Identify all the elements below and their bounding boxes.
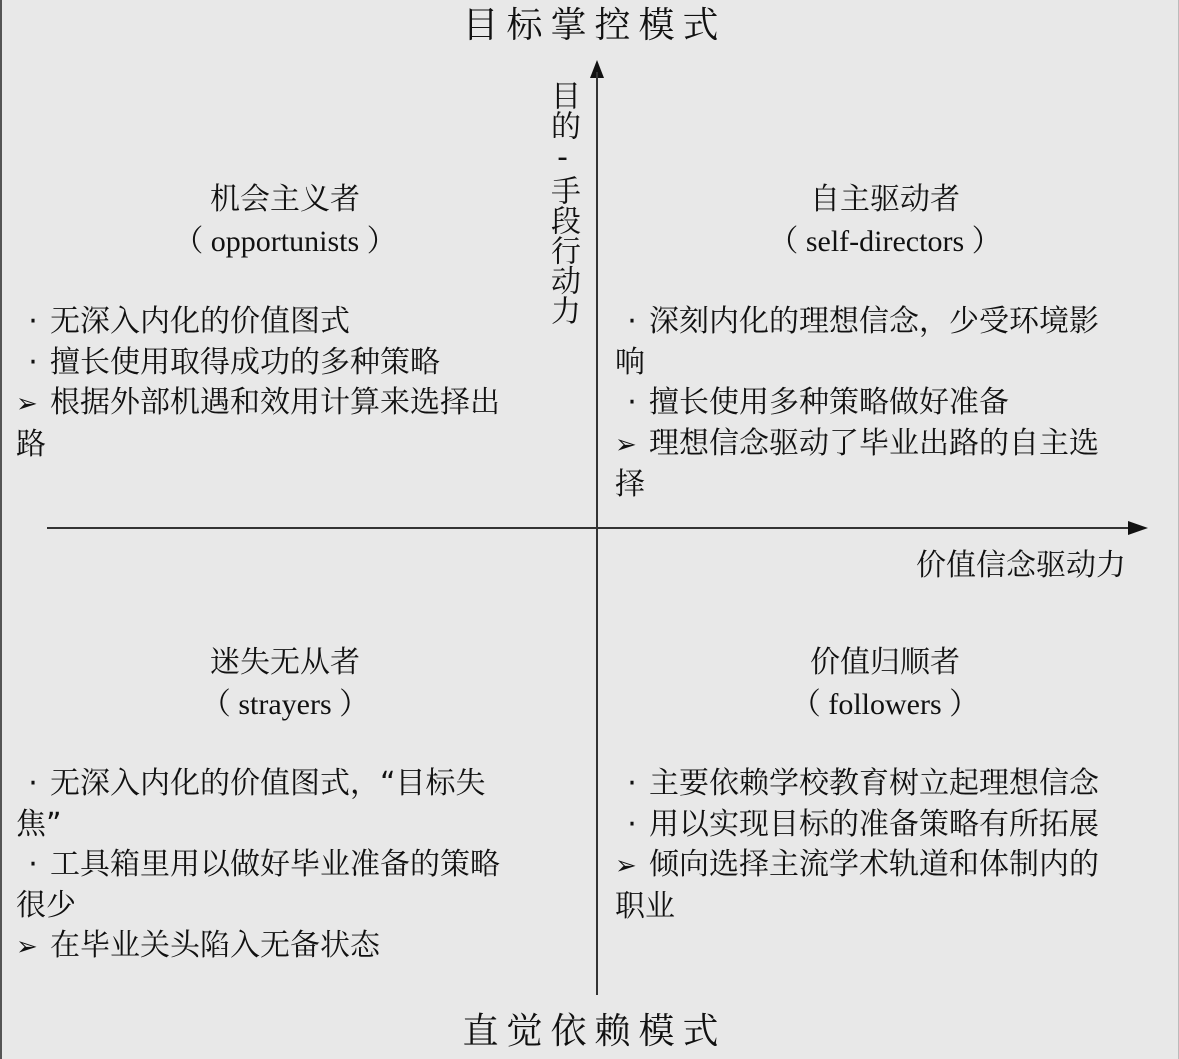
list-item-continuation: 路 — [16, 425, 500, 466]
list-item: ·擅长使用多种策略做好准备 — [615, 383, 1099, 424]
list-item: ·用以实现目标的准备策略有所拓展 — [615, 805, 1099, 846]
list-item: ·无深入内化的价值图式 — [16, 302, 500, 343]
list-item: ·擅长使用取得成功的多种策略 — [16, 343, 500, 384]
horizontal-axis-label: 价值信念驱动力 — [916, 546, 1126, 586]
list-item-continuation: 职业 — [615, 887, 1099, 928]
list-item-continuation: 焦” — [16, 805, 500, 846]
list-item-continuation: 择 — [615, 465, 1099, 506]
quadrant-body: ·无深入内化的价值图式 ·擅长使用取得成功的多种策略 ➢根据外部机遇和效用计算来… — [16, 302, 500, 465]
quadrant-title: 迷失无从者 — [185, 643, 385, 683]
bullet-icon: · — [615, 805, 649, 846]
quadrant-subtitle: （ self-directors ） — [735, 222, 1035, 262]
quadrant-title: 机会主义者 — [185, 180, 385, 220]
quadrant-body: ·无深入内化的价值图式，“目标失 焦” ·工具箱里用以做好毕业准备的策略 很少 … — [16, 764, 500, 968]
list-item: ·工具箱里用以做好毕业准备的策略 — [16, 845, 500, 886]
quadrant-subtitle: （ opportunists ） — [135, 222, 435, 262]
bullet-icon: · — [615, 302, 649, 343]
arrow-bullet-icon: ➢ — [16, 384, 50, 425]
horizontal-axis — [47, 527, 1132, 529]
quadrant-body: ·深刻内化的理想信念，少受环境影 响 ·擅长使用多种策略做好准备 ➢理想信念驱动… — [615, 302, 1099, 506]
list-item: ➢在毕业关头陷入无备状态 — [16, 926, 500, 968]
quadrant-body: ·主要依赖学校教育树立起理想信念 ·用以实现目标的准备策略有所拓展 ➢倾向选择主… — [615, 764, 1099, 927]
bottom-mode-label: 直觉依赖模式 — [5, 1010, 1179, 1054]
quadrant-subtitle: （ strayers ） — [135, 685, 435, 725]
list-item: ·主要依赖学校教育树立起理想信念 — [615, 764, 1099, 805]
vertical-axis — [596, 72, 598, 995]
bullet-icon: · — [16, 343, 50, 384]
arrow-bullet-icon: ➢ — [615, 425, 649, 466]
bullet-icon: · — [615, 383, 649, 424]
bullet-icon: · — [16, 845, 50, 886]
arrow-bullet-icon: ➢ — [16, 927, 50, 968]
quadrant-title: 自主驱动者 — [785, 180, 985, 220]
top-mode-label: 目标掌控模式 — [5, 4, 1179, 48]
list-item-continuation: 很少 — [16, 886, 500, 927]
left-border — [0, 0, 2, 1059]
bullet-icon: · — [16, 302, 50, 343]
quadrant-subtitle: （ followers ） — [735, 685, 1035, 725]
horizontal-axis-arrow-icon — [1128, 521, 1148, 535]
quadrant-title: 价值归顺者 — [785, 643, 985, 683]
bullet-icon: · — [615, 764, 649, 805]
list-item: ·无深入内化的价值图式，“目标失 — [16, 764, 500, 805]
list-item: ➢根据外部机遇和效用计算来选择出 — [16, 383, 500, 425]
list-item: ➢理想信念驱动了毕业出路的自主选 — [615, 424, 1099, 466]
bullet-icon: · — [16, 764, 50, 805]
arrow-bullet-icon: ➢ — [615, 846, 649, 887]
list-item-continuation: 响 — [615, 343, 1099, 384]
list-item: ·深刻内化的理想信念，少受环境影 — [615, 302, 1099, 343]
vertical-axis-label: 目的-手段行动力 — [543, 80, 579, 325]
list-item: ➢倾向选择主流学术轨道和体制内的 — [615, 845, 1099, 887]
